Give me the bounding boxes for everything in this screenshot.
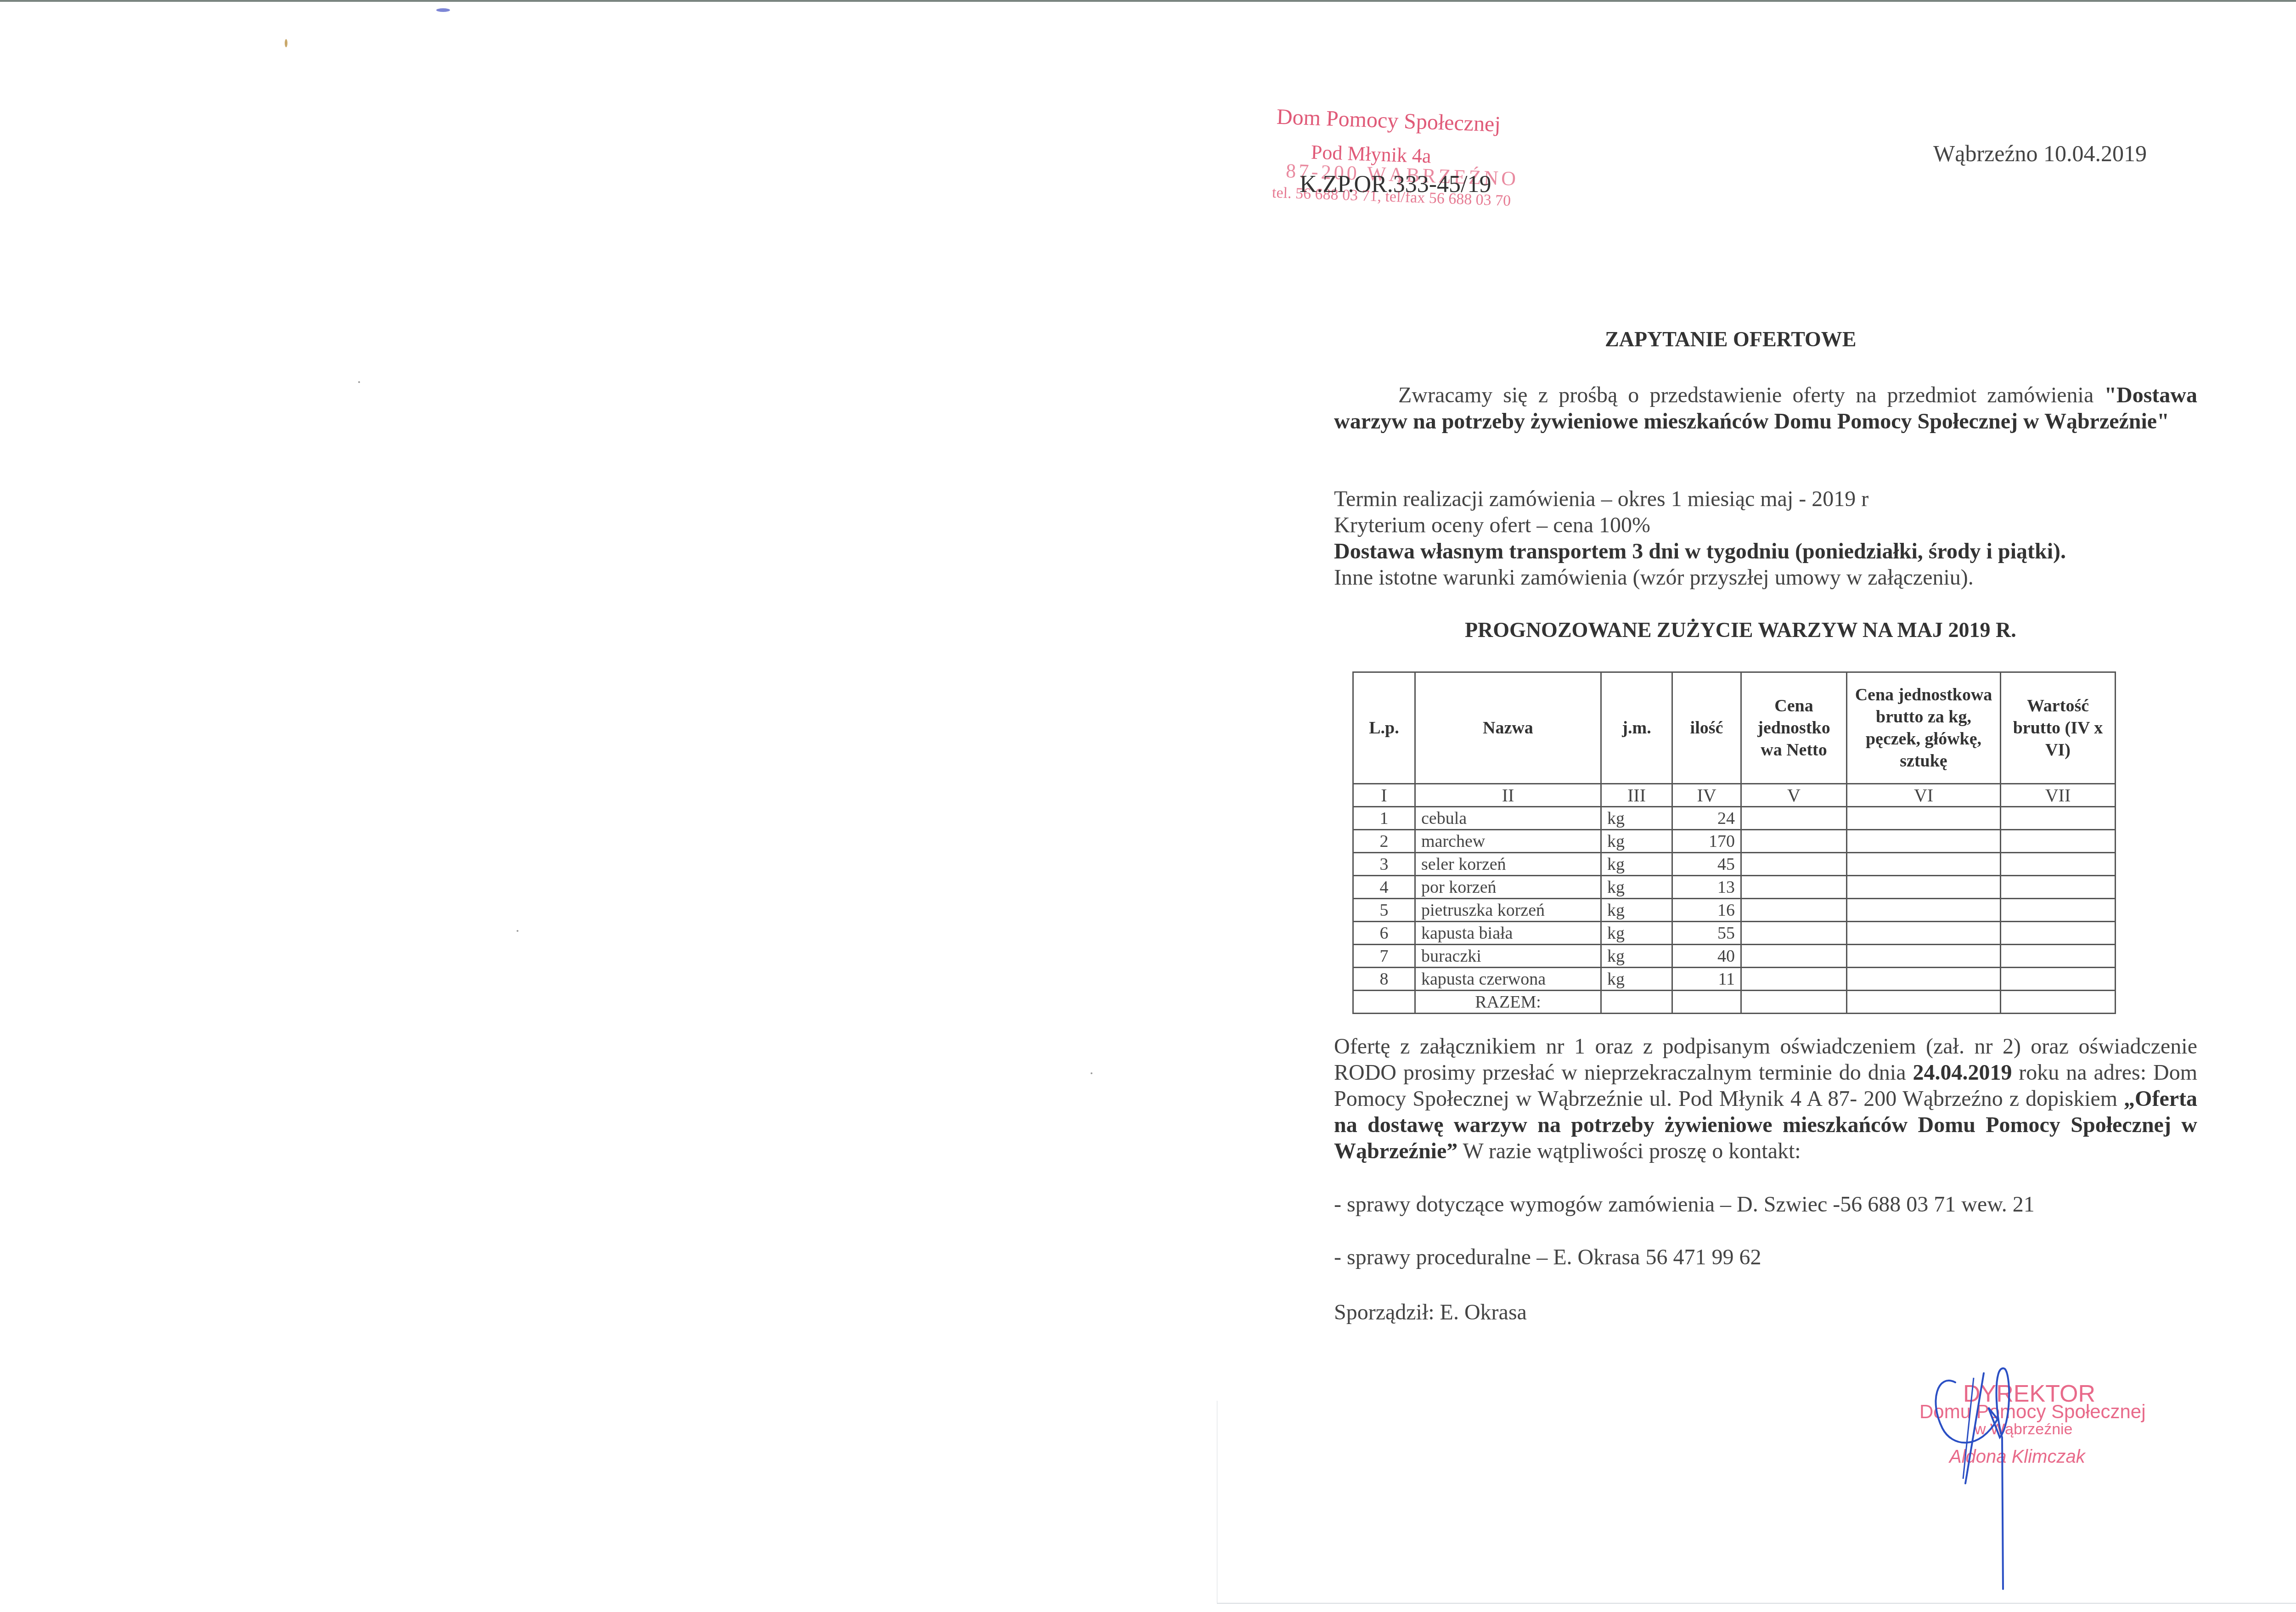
item-name: kapusta biała — [1415, 922, 1601, 945]
header-net-price: Cena jednostko wa Netto — [1741, 672, 1847, 784]
intro-text: Zwracamy się z prośbą o przedstawienie o… — [1398, 383, 2093, 407]
prepared-by: Sporządził: E. Okrasa — [1334, 1300, 1527, 1325]
item-unit: kg — [1601, 876, 1672, 899]
roman-cell: III — [1601, 784, 1672, 807]
vegetable-table: L.p. Nazwa j.m. ilość Cena jednostko wa … — [1352, 671, 2116, 1014]
table-row: 2marchewkg170 — [1353, 830, 2116, 853]
row-number: 2 — [1353, 830, 1415, 853]
submission-deadline: 24.04.2019 — [1913, 1060, 2012, 1085]
contact-requirements: - sprawy dotyczące wymogów zamówienia – … — [1334, 1192, 2035, 1217]
gross-price-cell — [1847, 830, 2001, 853]
term-other: Inne istotne warunki zamówienia (wzór pr… — [1334, 564, 2197, 591]
table-row: 4por korzeńkg13 — [1353, 876, 2116, 899]
document-title: ZAPYTANIE OFERTOWE — [1605, 327, 1857, 351]
item-quantity: 40 — [1672, 945, 1741, 968]
row-number: 6 — [1353, 922, 1415, 945]
item-quantity: 16 — [1672, 899, 1741, 922]
header-name: Nazwa — [1415, 672, 1601, 784]
scan-speck — [285, 39, 287, 47]
item-unit: kg — [1601, 830, 1672, 853]
roman-cell: IV — [1672, 784, 1741, 807]
sum-cell — [1353, 991, 1415, 1014]
net-price-cell — [1741, 830, 1847, 853]
sum-cell — [1741, 991, 1847, 1014]
row-number: 8 — [1353, 968, 1415, 991]
roman-numeral-row: I II III IV V VI VII — [1353, 784, 2116, 807]
header-qty: ilość — [1672, 672, 1741, 784]
item-name: pietruszka korzeń — [1415, 899, 1601, 922]
net-price-cell — [1741, 922, 1847, 945]
sum-label: RAZEM: — [1415, 991, 1601, 1014]
roman-cell: I — [1353, 784, 1415, 807]
item-name: marchew — [1415, 830, 1601, 853]
scan-speck — [436, 8, 450, 12]
item-unit: kg — [1601, 922, 1672, 945]
contact-procedural: - sprawy proceduralne – E. Okrasa 56 471… — [1334, 1245, 1761, 1270]
handwritten-signature-icon — [1929, 1364, 2048, 1594]
net-price-cell — [1741, 876, 1847, 899]
order-terms: Termin realizacji zamówienia – okres 1 m… — [1334, 486, 2197, 591]
gross-price-cell — [1847, 853, 2001, 876]
submission-paragraph: Ofertę z załącznikiem nr 1 oraz z podpis… — [1334, 1033, 2197, 1164]
scan-speck — [517, 930, 518, 932]
gross-value-cell — [2001, 945, 2116, 968]
gross-value-cell — [2001, 899, 2116, 922]
sum-cell — [2001, 991, 2116, 1014]
gross-value-cell — [2001, 830, 2116, 853]
row-number: 3 — [1353, 853, 1415, 876]
table-row: 8kapusta czerwonakg11 — [1353, 968, 2116, 991]
gross-value-cell — [2001, 922, 2116, 945]
roman-cell: VII — [2001, 784, 2116, 807]
item-unit: kg — [1601, 945, 1672, 968]
item-name: kapusta czerwona — [1415, 968, 1601, 991]
net-price-cell — [1741, 945, 1847, 968]
sum-cell — [1847, 991, 2001, 1014]
intro-paragraph: Zwracamy się z prośbą o przedstawienie o… — [1334, 382, 2197, 434]
term-criterion: Kryterium oceny ofert – cena 100% — [1334, 512, 2197, 538]
gross-value-cell — [2001, 876, 2116, 899]
item-quantity: 45 — [1672, 853, 1741, 876]
table-row: 5pietruszka korzeńkg16 — [1353, 899, 2116, 922]
net-price-cell — [1741, 807, 1847, 830]
net-price-cell — [1741, 853, 1847, 876]
header-unit: j.m. — [1601, 672, 1672, 784]
gross-value-cell — [2001, 968, 2116, 991]
gross-value-cell — [2001, 853, 2116, 876]
contact-intro: W razie wątpliwości proszę o kontakt: — [1458, 1139, 1801, 1163]
net-price-cell — [1741, 899, 1847, 922]
place-date: Wąbrzeźno 10.04.2019 — [1933, 140, 2147, 167]
table-title: PROGNOZOWANE ZUŻYCIE WARZYW NA MAJ 2019 … — [1465, 618, 2016, 642]
sum-row: RAZEM: — [1353, 991, 2116, 1014]
gross-price-cell — [1847, 922, 2001, 945]
header-gross-value: Wartość brutto (IV x VI) — [2001, 672, 2116, 784]
reference-number: K.ZP.OR.333-45/19 — [1300, 171, 1491, 198]
item-unit: kg — [1601, 807, 1672, 830]
item-name: cebula — [1415, 807, 1601, 830]
roman-cell: V — [1741, 784, 1847, 807]
institution-stamp-name: Dom Pomocy Społecznej — [1276, 104, 1501, 137]
item-quantity: 170 — [1672, 830, 1741, 853]
roman-cell: II — [1415, 784, 1601, 807]
page-edge — [1217, 1401, 2296, 1604]
scan-edge — [0, 0, 2296, 2]
scan-speck — [358, 381, 360, 383]
gross-price-cell — [1847, 968, 2001, 991]
row-number: 4 — [1353, 876, 1415, 899]
gross-price-cell — [1847, 899, 2001, 922]
row-number: 7 — [1353, 945, 1415, 968]
term-deadline: Termin realizacji zamówienia – okres 1 m… — [1334, 486, 2197, 512]
table-row: 7buraczkikg40 — [1353, 945, 2116, 968]
item-name: por korzeń — [1415, 876, 1601, 899]
net-price-cell — [1741, 968, 1847, 991]
gross-price-cell — [1847, 807, 2001, 830]
item-quantity: 13 — [1672, 876, 1741, 899]
item-quantity: 55 — [1672, 922, 1741, 945]
sum-cell — [1601, 991, 1672, 1014]
row-number: 5 — [1353, 899, 1415, 922]
item-unit: kg — [1601, 968, 1672, 991]
table-row: 3seler korzeńkg45 — [1353, 853, 2116, 876]
item-name: buraczki — [1415, 945, 1601, 968]
scan-speck — [1091, 1072, 1092, 1074]
item-unit: kg — [1601, 899, 1672, 922]
header-lp: L.p. — [1353, 672, 1415, 784]
roman-cell: VI — [1847, 784, 2001, 807]
item-name: seler korzeń — [1415, 853, 1601, 876]
item-quantity: 24 — [1672, 807, 1741, 830]
table-header-row: L.p. Nazwa j.m. ilość Cena jednostko wa … — [1353, 672, 2116, 784]
row-number: 1 — [1353, 807, 1415, 830]
table-row: 6kapusta białakg55 — [1353, 922, 2116, 945]
item-unit: kg — [1601, 853, 1672, 876]
gross-price-cell — [1847, 945, 2001, 968]
sum-cell — [1672, 991, 1741, 1014]
header-gross-price: Cena jednostkowa brutto za kg, pęczek, g… — [1847, 672, 2001, 784]
gross-price-cell — [1847, 876, 2001, 899]
item-quantity: 11 — [1672, 968, 1741, 991]
term-delivery: Dostawa własnym transportem 3 dni w tygo… — [1334, 538, 2197, 564]
table-row: 1cebulakg24 — [1353, 807, 2116, 830]
gross-value-cell — [2001, 807, 2116, 830]
